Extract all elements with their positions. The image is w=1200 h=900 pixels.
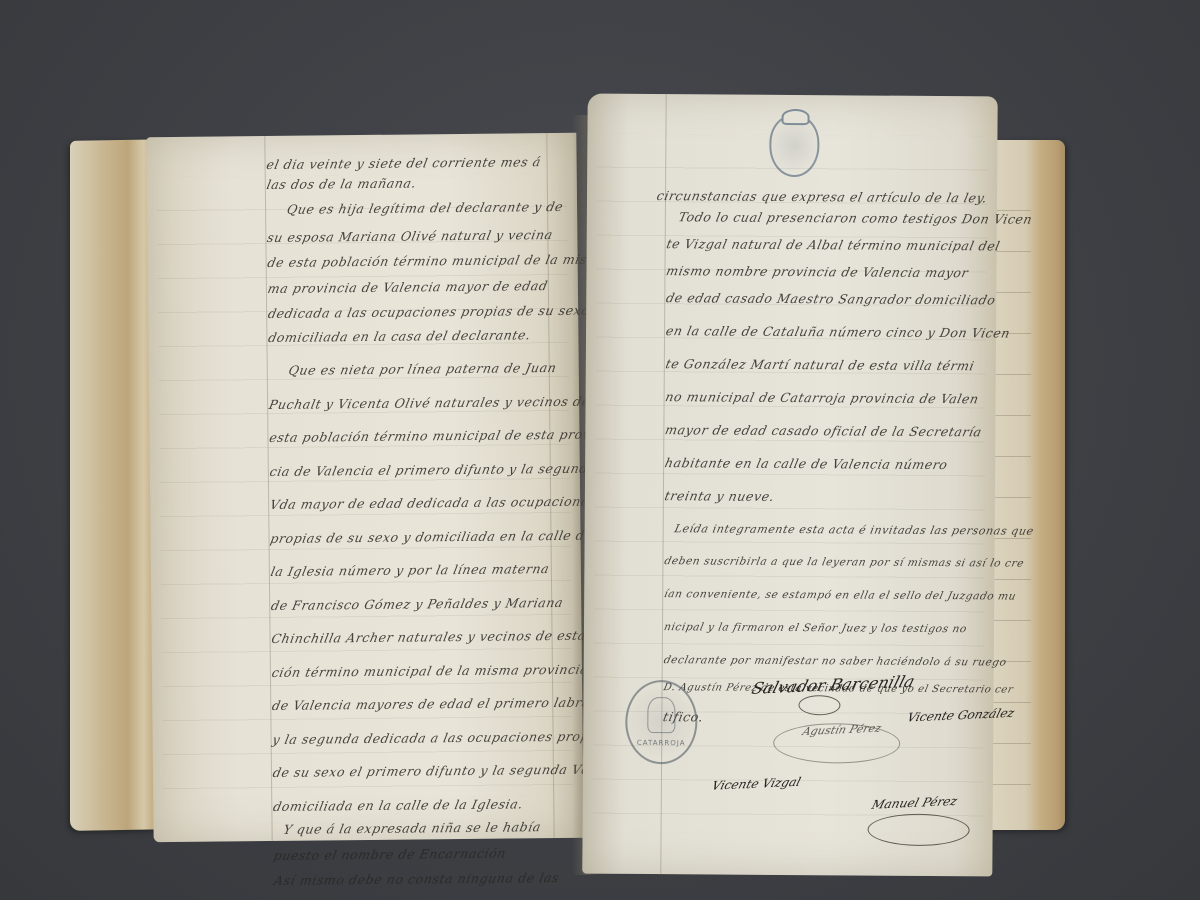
text-line: Chinchilla Archer naturales y vecinos de…	[268, 619, 560, 656]
text-line: de su sexo el primero difunto y la segun…	[270, 753, 562, 790]
right-page-text: circunstancias que expresa el artículo d…	[663, 179, 987, 735]
right-page: circunstancias que expresa el artículo d…	[582, 94, 997, 877]
text-line: de edad casado Maestro Sangrador domicil…	[663, 281, 990, 316]
text-line: no municipal de Catarroja provincia de V…	[662, 380, 989, 415]
crowned-seal-stamp-icon	[769, 115, 819, 177]
left-page-text: el dia veinte y siete del corriente mes …	[266, 145, 559, 897]
text-line: Leída integramente esta acta é invitadas…	[661, 512, 988, 547]
text-line: ción término municipal de la misma provi…	[269, 652, 561, 689]
text-line: propias de su sexo y domiciliada en la c…	[267, 518, 559, 555]
catarroja-seal-stamp-icon: CATARROJA	[625, 680, 698, 765]
text-line: Así mismo debe no consta ninguna de las	[271, 861, 563, 898]
text-line: de Francisco Gómez y Peñaldes y Mariana	[268, 585, 560, 622]
text-line: te González Martí natural de esta villa …	[662, 347, 989, 382]
text-line: la Iglesia número y por la línea materna	[267, 552, 559, 589]
text-line: treinta y nueve.	[661, 479, 988, 514]
text-line: Puchalt y Vicenta Olivé naturales y veci…	[266, 384, 558, 421]
text-line: Que es nieta por línea paterna de Juan	[265, 351, 557, 388]
text-line: habitante en la calle de Valencia número	[662, 446, 989, 481]
text-line: ían conveniente, se estampó en ella el s…	[661, 578, 988, 613]
open-manuscript-book: el dia veinte y siete del corriente mes …	[0, 0, 1200, 900]
text-line: mayor de edad casado oficial de la Secre…	[662, 413, 989, 448]
signature-flourish	[798, 695, 840, 715]
text-line: nicipal y la firmaron el Señor Juez y lo…	[660, 611, 987, 646]
stamp-label: CATARROJA	[637, 739, 686, 747]
signature-flourish	[867, 814, 969, 847]
text-line: deben suscribirla a que la leyeran por s…	[661, 545, 988, 580]
text-line: domiciliada en la casa del declarante.	[265, 317, 557, 354]
text-line: y la segunda dedicada a las ocupaciones …	[269, 719, 561, 756]
text-line: Vda mayor de edad dedicada a las ocupaci…	[267, 485, 559, 522]
text-line: en la calle de Cataluña número cinco y D…	[662, 314, 989, 349]
left-page: el dia veinte y siete del corriente mes …	[146, 133, 583, 842]
text-line: cia de Valencia el primero difunto y la …	[266, 451, 558, 488]
text-line: esta población término municipal de esta…	[266, 418, 558, 455]
text-line: de Valencia mayores de edad el primero l…	[269, 686, 561, 723]
